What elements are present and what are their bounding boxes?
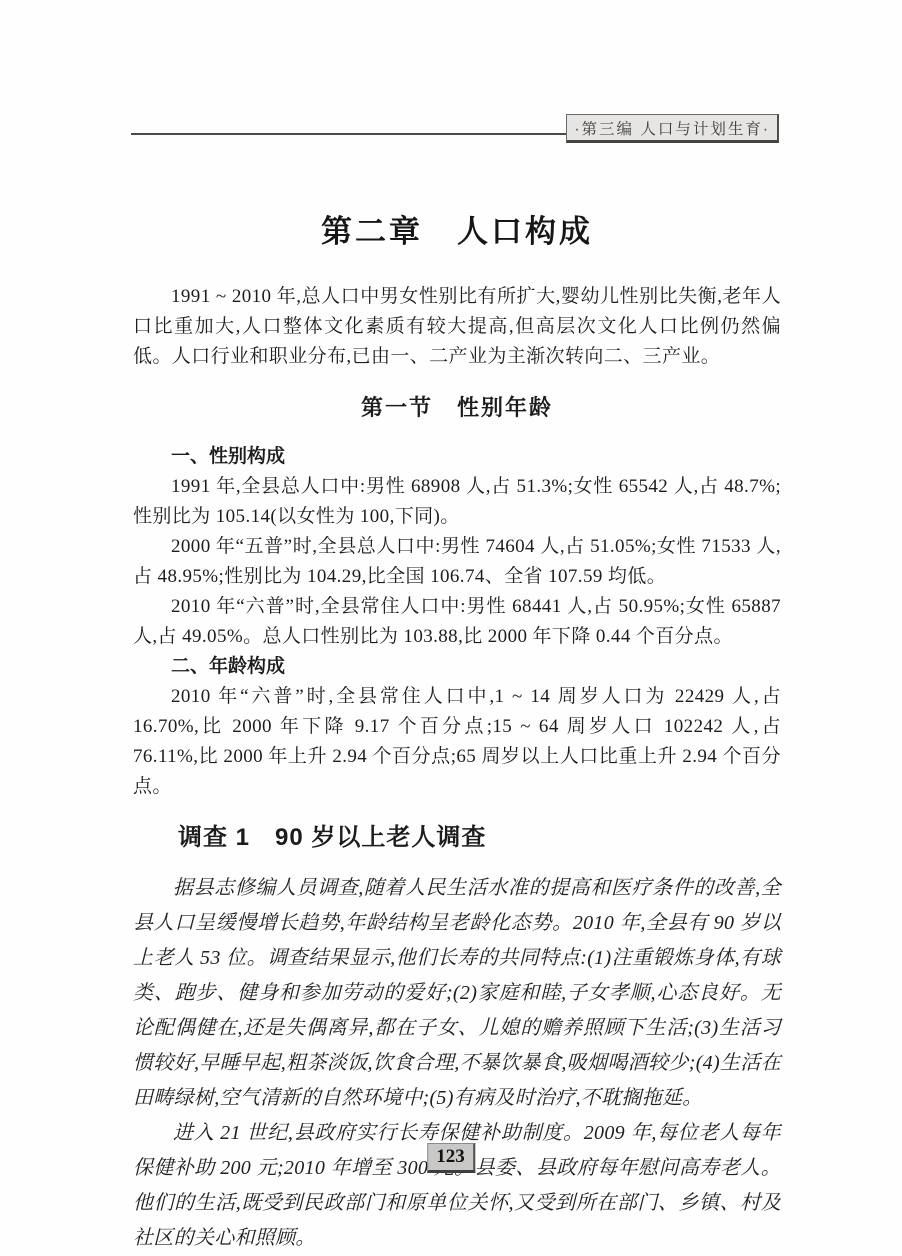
survey-title: 调查 1 90 岁以上老人调查	[178, 821, 781, 854]
page-number-badge: 123	[427, 1143, 475, 1173]
chapter-intro-paragraph: 1991 ~ 2010 年,总人口中男女性别比有所扩大,婴幼儿性别比失衡,老年人…	[133, 282, 781, 372]
page-content: 第二章 人口构成 1991 ~ 2010 年,总人口中男女性别比有所扩大,婴幼儿…	[133, 0, 781, 1256]
gender-paragraph-2010: 2010 年“六普”时,全县常住人口中:男性 68441 人,占 50.95%;…	[133, 592, 781, 652]
age-paragraph-2010: 2010 年“六普”时,全县常住人口中,1 ~ 14 周岁人口为 22429 人…	[133, 682, 781, 802]
subsection-heading-gender: 一、性别构成	[133, 442, 781, 472]
survey-paragraph-2: 进入 21 世纪,县政府实行长寿保健补助制度。2009 年,每位老人每年保健补助…	[133, 1116, 781, 1256]
gender-paragraph-2000: 2000 年“五普”时,全县总人口中:男性 74604 人,占 51.05%;女…	[133, 532, 781, 592]
page-number: 123	[436, 1146, 465, 1167]
book-page: ·第三编 人口与计划生育· 第二章 人口构成 1991 ~ 2010 年,总人口…	[0, 0, 902, 1256]
chapter-title: 第二章 人口构成	[133, 211, 781, 253]
subsection-heading-age: 二、年龄构成	[133, 652, 781, 682]
gender-paragraph-1991: 1991 年,全县总人口中:男性 68908 人,占 51.3%;女性 6554…	[133, 472, 781, 532]
section-title: 第一节 性别年龄	[133, 393, 781, 423]
survey-paragraph-1: 据县志修编人员调查,随着人民生活水准的提高和医疗条件的改善,全县人口呈缓慢增长趋…	[133, 871, 781, 1116]
